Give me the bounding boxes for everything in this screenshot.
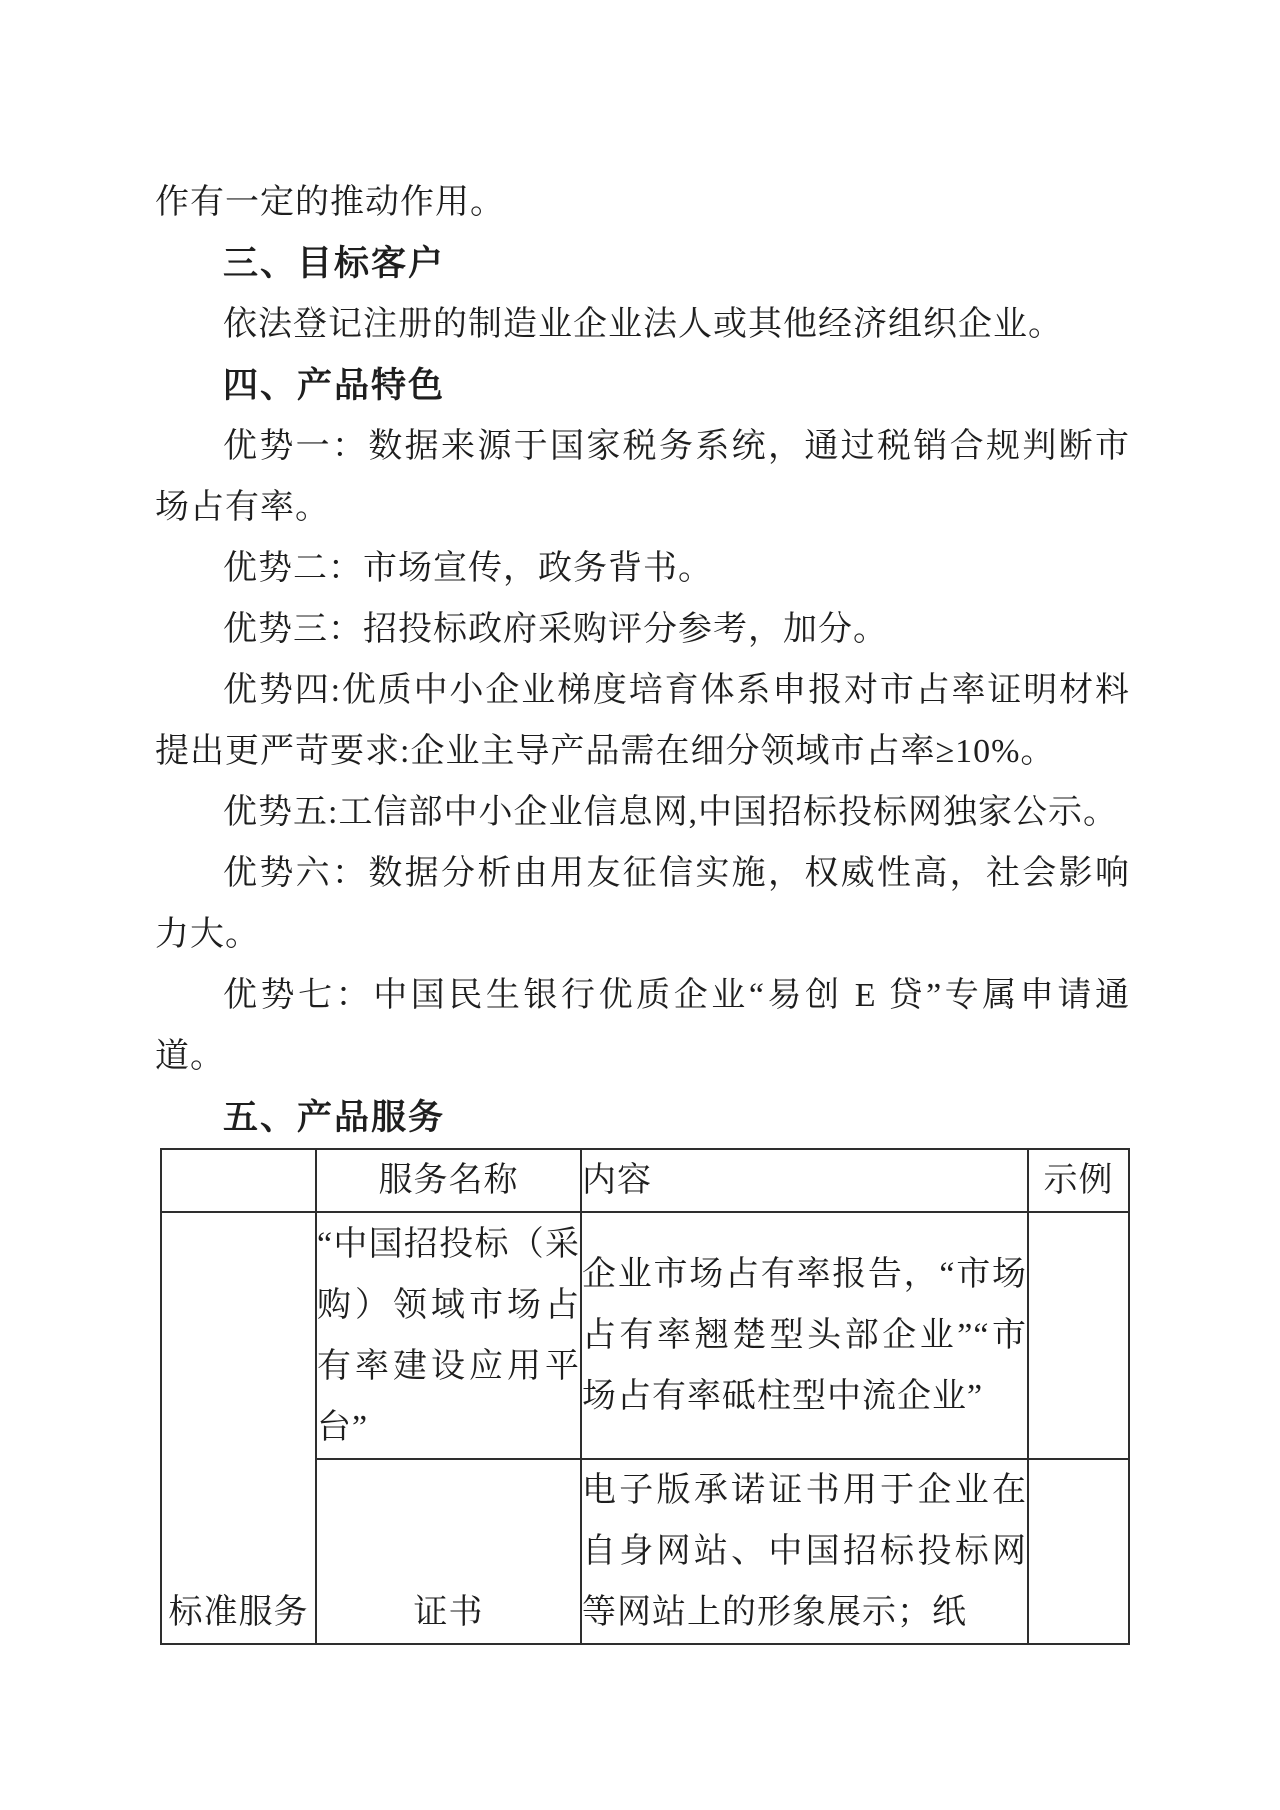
paragraph-advantage-1: 优势一：数据来源于国家税务系统，通过税销合规判断市场占有率。 <box>155 416 1130 538</box>
heading-product-services: 五、产品服务 <box>155 1087 1130 1148</box>
table-cell-content-certificate: 电子版承诺证书用于企业在自身网站、中国招标投标网等网站上的形象展示；纸 <box>581 1459 1028 1644</box>
paragraph-target-customers: 依法登记注册的制造业企业法人或其他经济组织企业。 <box>155 294 1130 355</box>
product-services-table: 服务名称 内容 示例 标准服务 “中国招投标（采购）领域市场占有率建设应用平台”… <box>160 1148 1130 1645</box>
paragraph-advantage-7: 优势七：中国民生银行优质企业“易创 E 贷”专属申请通道。 <box>155 965 1130 1087</box>
paragraph-advantage-2: 优势二：市场宣传，政务背书。 <box>155 538 1130 599</box>
paragraph-advantage-3: 优势三：招投标政府采购评分参考，加分。 <box>155 599 1130 660</box>
document-page: 作有一定的推动作用。 三、目标客户 依法登记注册的制造业企业法人或其他经济组织企… <box>0 0 1280 1810</box>
table-cell-content-report: 企业市场占有率报告，“市场占有率翘楚型头部企业”“市场占有率砥柱型中流企业” <box>581 1212 1028 1459</box>
table-header-service-name: 服务名称 <box>316 1149 581 1212</box>
table-cell-service-certificate: 证书 <box>316 1459 581 1644</box>
document-body: 作有一定的推动作用。 三、目标客户 依法登记注册的制造业企业法人或其他经济组织企… <box>155 172 1130 1148</box>
table-cell-service-platform: “中国招投标（采购）领域市场占有率建设应用平台” <box>316 1212 581 1459</box>
paragraph-advantage-6: 优势六：数据分析由用友征信实施，权威性高，社会影响力大。 <box>155 843 1130 965</box>
paragraph-continuation: 作有一定的推动作用。 <box>155 172 1130 233</box>
table-header-example: 示例 <box>1028 1149 1129 1212</box>
heading-target-customers: 三、目标客户 <box>155 233 1130 294</box>
table-header-content: 内容 <box>581 1149 1028 1212</box>
table-cell-example-platform <box>1028 1212 1129 1459</box>
table-cell-category-standard-service: 标准服务 <box>161 1212 316 1644</box>
table-row-platform: 标准服务 “中国招投标（采购）领域市场占有率建设应用平台” 企业市场占有率报告，… <box>161 1212 1129 1459</box>
table-header-category <box>161 1149 316 1212</box>
heading-product-features: 四、产品特色 <box>155 355 1130 416</box>
table-cell-example-certificate <box>1028 1459 1129 1644</box>
paragraph-advantage-4: 优势四:优质中小企业梯度培育体系申报对市占率证明材料提出更严苛要求:企业主导产品… <box>155 660 1130 782</box>
paragraph-advantage-5: 优势五:工信部中小企业信息网,中国招标投标网独家公示。 <box>155 782 1130 843</box>
table-header-row: 服务名称 内容 示例 <box>161 1149 1129 1212</box>
